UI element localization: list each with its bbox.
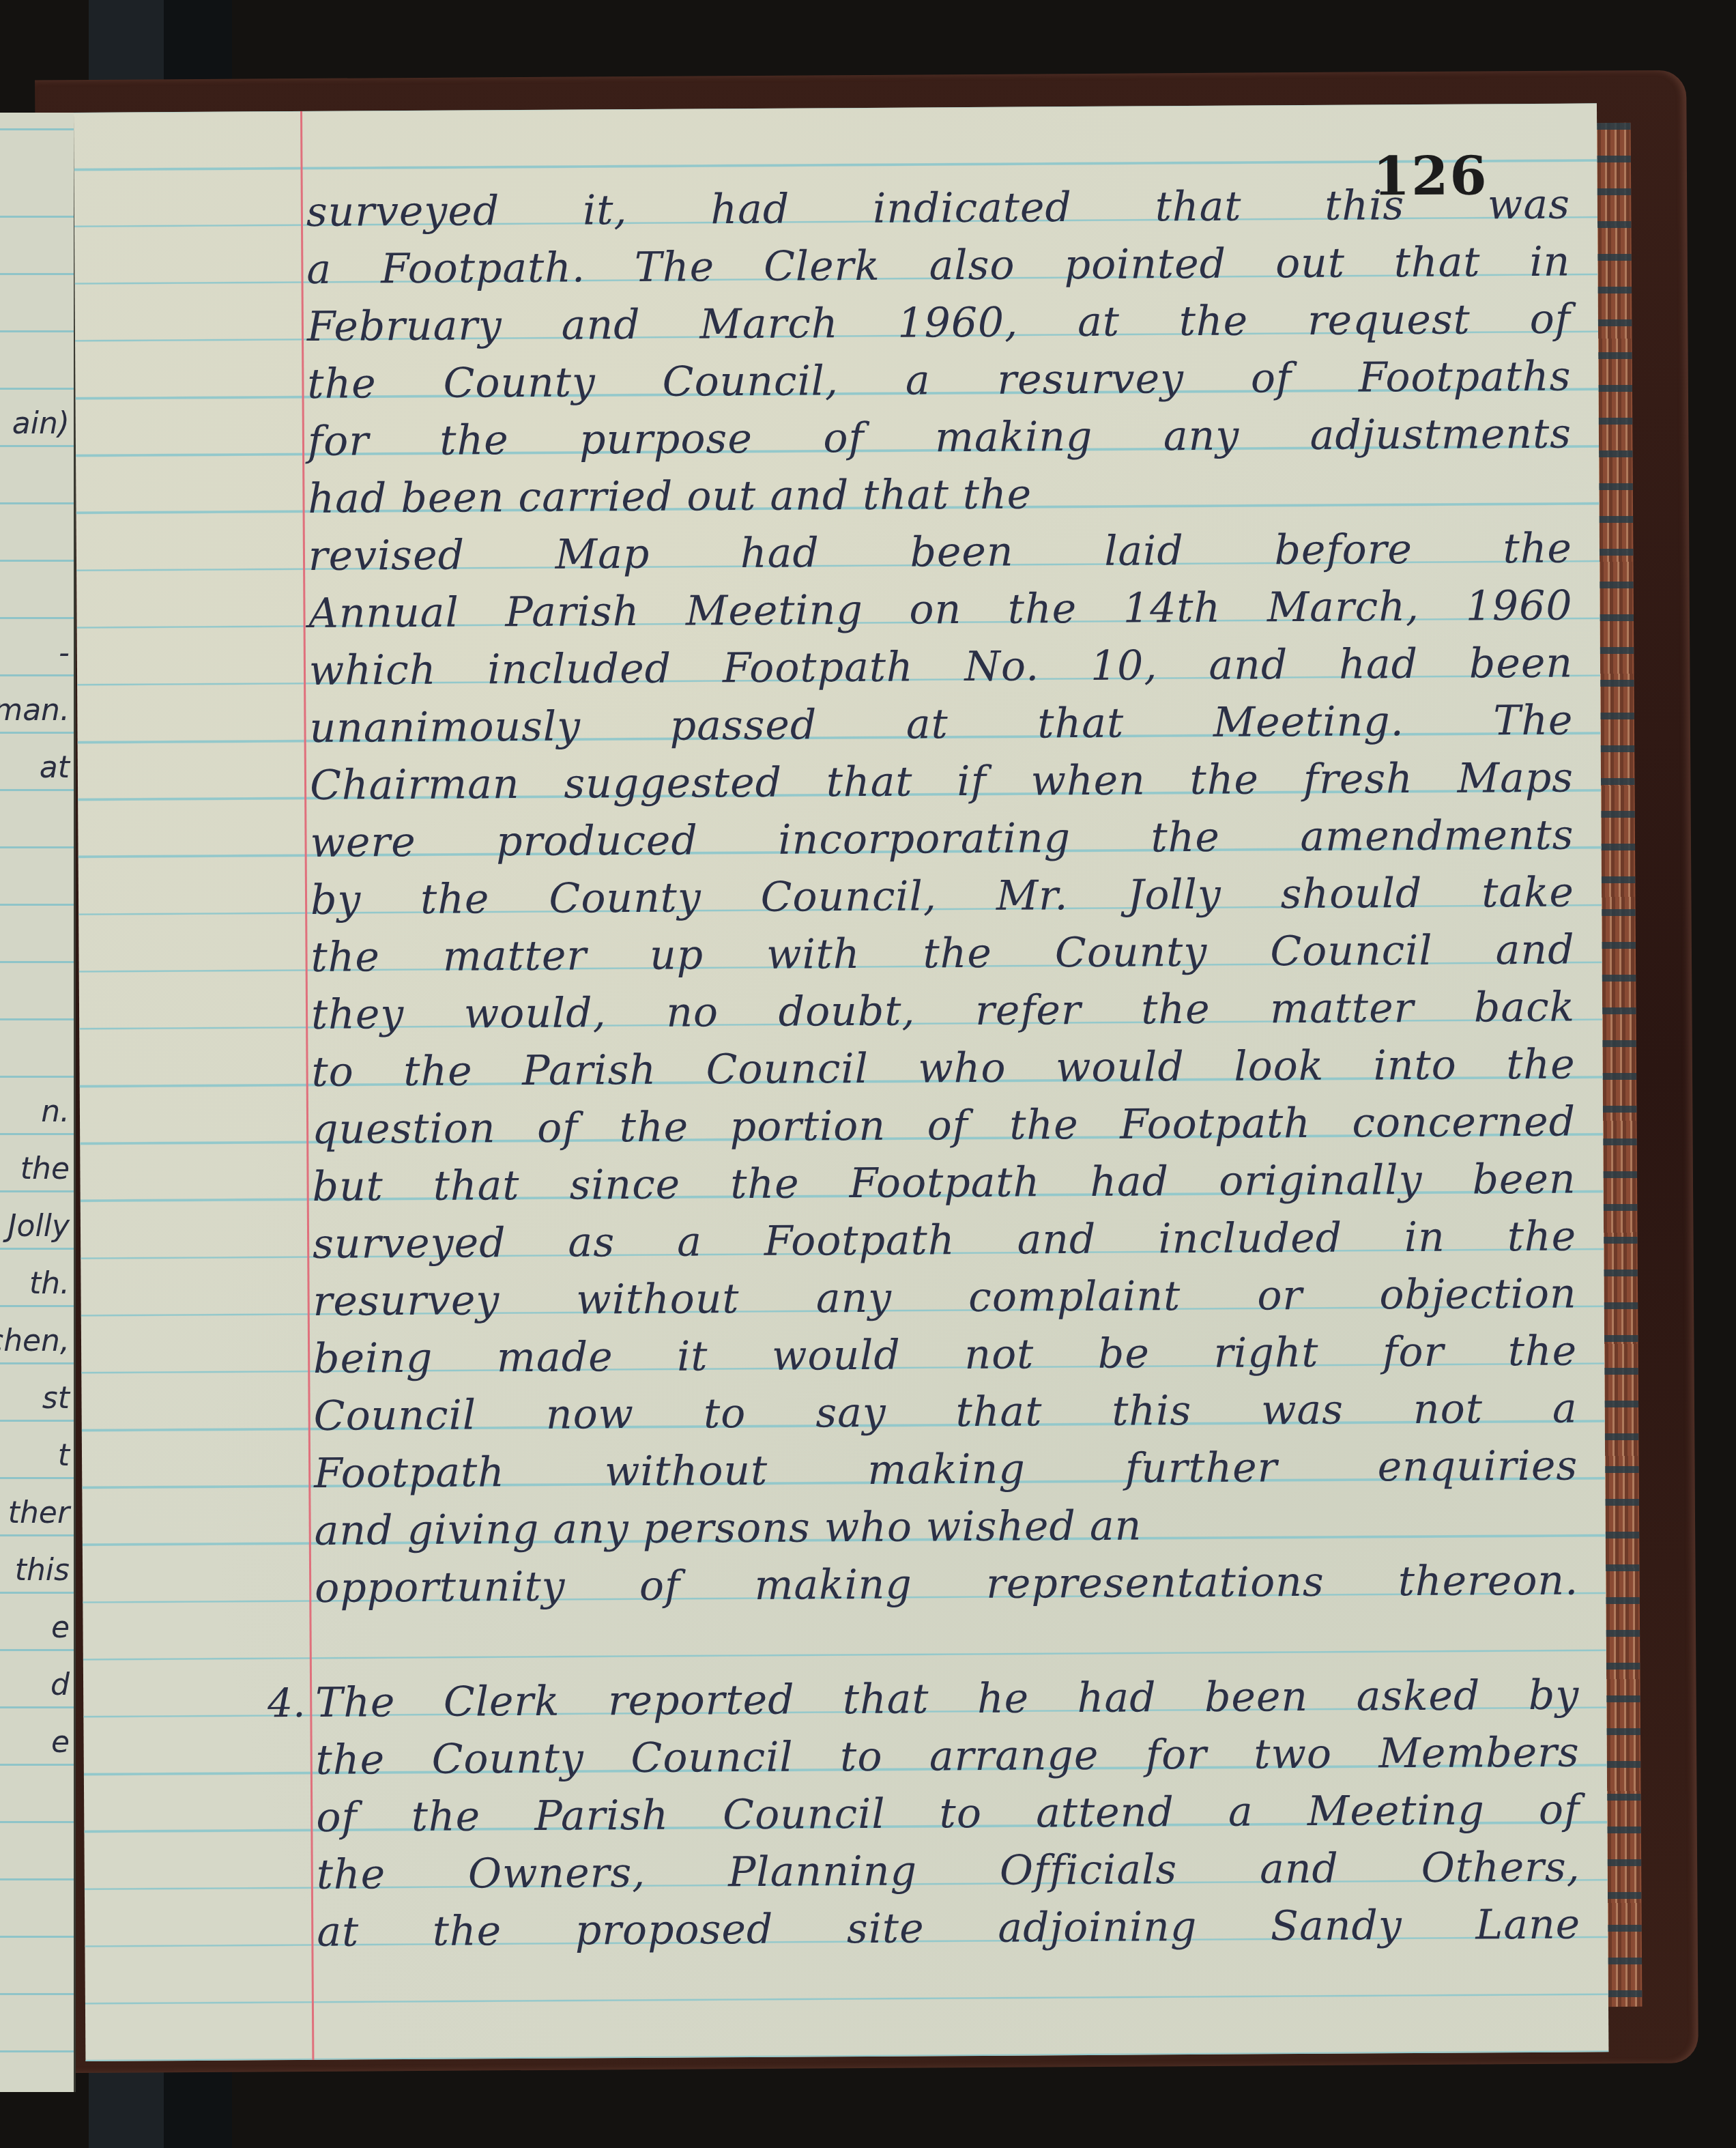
text-line: which included Footpath No. 10, and had … [309,635,1573,700]
text-line: opportunity of making representations th… [315,1552,1578,1617]
text-line: Chairman suggested that if when the fres… [310,749,1574,814]
left-page-fragment: th. [29,1266,70,1301]
text-line: and giving any persons who wished an [314,1495,1578,1560]
text-line: the County Council to arrange for two Me… [315,1724,1579,1789]
left-page-fragment: - [59,635,70,670]
left-page-fragment: e [51,1725,70,1760]
text-line: at the proposed site adjoining Sandy Lan… [317,1896,1580,1961]
text-line: surveyed as a Footpath and included in t… [313,1208,1576,1273]
text-line: the Owners, Planning Officials and Other… [317,1839,1580,1904]
text-line: the County Council, a resurvey of Footpa… [307,348,1571,413]
left-page-fragment: t [58,1438,70,1473]
text-line: of the Parish Council to attend a Meetin… [316,1781,1580,1846]
text-line: but that since the Footpath had original… [312,1151,1576,1216]
text-line: Footpath without making further enquirie… [314,1437,1578,1502]
text-line: surveyed it, had indicated that this was [306,176,1570,241]
text-line: February and March 1960, at the request … [307,291,1571,356]
text-line: unanimously passed at that Meeting. The [309,692,1573,757]
left-page: ain)-urman.atn.theJollyth.chen,stttherth… [0,113,76,2092]
right-page: 126 surveyed it, had indicated that this… [74,103,1608,2061]
text-line: question of the portion of the Footpath … [312,1093,1576,1158]
left-page-fragment: n. [41,1094,70,1129]
text-line: to the Parish Council who would look int… [311,1036,1575,1101]
left-page-fragment: chen, [0,1323,70,1358]
text-line: Annual Parish Meeting on the 14th March,… [308,577,1572,642]
text-line: had been carried out and that the [308,463,1572,528]
left-page-fragment: ther [8,1495,70,1530]
left-page-fragment: the [20,1151,70,1186]
text-line: they would, no doubt, refer the matter b… [311,979,1575,1044]
text-line: Council now to say that this was not a [313,1380,1577,1445]
left-page-fragment: d [50,1667,70,1702]
text-line: the matter up with the County Council an… [310,921,1574,986]
left-page-fragment: st [42,1381,70,1416]
text-line: revised Map had been laid before the [308,520,1572,585]
left-page-fragment: Jolly [8,1209,70,1244]
text-line: resurvey without any complaint or object… [313,1265,1576,1330]
text-line: were produced incorporating the amendmen… [310,807,1574,872]
text-line: for the purpose of making any adjustment… [308,405,1572,470]
left-page-fragment: urman. [0,693,70,728]
left-page-fragment: this [15,1553,70,1588]
left-page-fragment: ain) [12,406,70,441]
left-page-fragment: at [40,750,70,785]
text-line: The Clerk reported that he had been aske… [315,1667,1579,1732]
text-line: being made it would not be right for the [313,1323,1577,1388]
left-page-fragment: e [51,1610,70,1645]
text-line: a Footpath. The Clerk also pointed out t… [306,233,1570,298]
item-number: 4. [267,1674,306,1732]
text-line: by the County Council, Mr. Jolly should … [310,864,1574,929]
